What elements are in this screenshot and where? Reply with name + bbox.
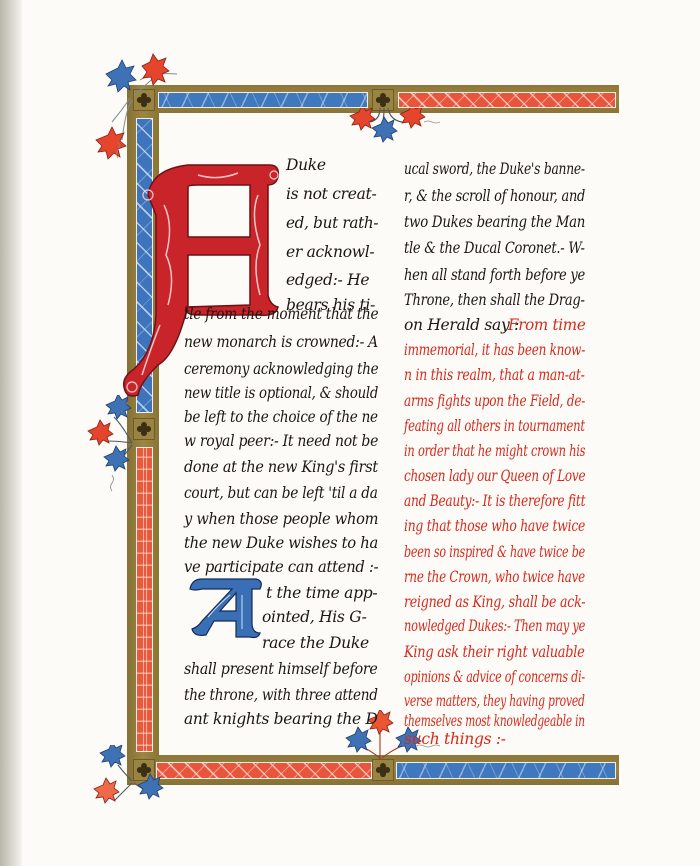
text-line: two Dukes bearing the Man bbox=[404, 213, 585, 231]
text-line: Throne, then shall the Drag- bbox=[404, 291, 585, 309]
text-line: the throne, with three attend bbox=[184, 686, 378, 704]
text-line: race the Duke bbox=[262, 634, 369, 652]
text-line-red: verse matters, they having proved bbox=[404, 692, 585, 710]
text-line-red: opinions & advice of concerns di- bbox=[404, 668, 585, 686]
text-line: r, & the scroll of honour, and bbox=[404, 187, 585, 205]
text-line: ucal sword, the Duke's banne- bbox=[404, 160, 585, 178]
text-line: ointed, His G- bbox=[262, 608, 367, 626]
text-line: the new Duke wishes to ha bbox=[184, 534, 378, 552]
text-line: new title is optional, & should bbox=[184, 384, 378, 402]
text-line-red: n in this realm, that a man-at- bbox=[404, 366, 585, 384]
text-line-red: and Beauty:- It is therefore fitt bbox=[404, 492, 585, 510]
text-line-red: arms fights upon the Field, de- bbox=[404, 392, 585, 410]
text-line: ve participate can attend :- bbox=[184, 558, 378, 576]
text-line-red: themselves most knowledgeable in bbox=[404, 712, 585, 730]
text-line: is not creat- bbox=[286, 185, 376, 203]
quatrefoil-icon bbox=[136, 421, 152, 437]
text-line: tle from the moment that the bbox=[184, 305, 378, 323]
quatrefoil-icon bbox=[375, 92, 391, 108]
text-line: y when those people whom bbox=[184, 510, 378, 528]
text-line: be left to the choice of the ne bbox=[184, 408, 378, 426]
text-line-red: such things :- bbox=[404, 730, 506, 748]
text-line: t the time app- bbox=[266, 584, 377, 602]
text-line: ed, but rath- bbox=[286, 214, 378, 232]
left-red-band bbox=[136, 447, 153, 752]
text-line: done at the new King's first bbox=[184, 458, 378, 476]
text-line-red: been so inspired & have twice be bbox=[404, 543, 585, 561]
quatrefoil-icon bbox=[375, 762, 391, 778]
text-line: ant knights bearing the D bbox=[184, 710, 378, 728]
illuminated-initial-blue-a bbox=[186, 575, 266, 640]
vine-leaves-top-center-icon bbox=[340, 108, 440, 150]
text-line: Duke bbox=[286, 156, 326, 174]
text-line: tle & the Ducal Coronet.- W- bbox=[404, 239, 585, 257]
quatrefoil-left-middle bbox=[133, 418, 155, 440]
text-line-red: nowledged Dukes:- Then may ye bbox=[404, 617, 585, 635]
page-edge-shadow bbox=[0, 0, 22, 866]
text-line: edged:- He bbox=[286, 271, 369, 289]
vine-leaves-bottom-left-icon bbox=[88, 745, 188, 817]
text-line: new monarch is crowned:- A bbox=[184, 333, 378, 351]
text-line-red: feating all others in tournament bbox=[404, 417, 585, 435]
text-line: ceremony acknowledging the bbox=[184, 360, 378, 378]
text-line: on Herald say : bbox=[404, 316, 519, 334]
text-line-red: ing that those who have twice bbox=[404, 517, 585, 535]
vine-leaves-left-middle-icon bbox=[84, 395, 134, 495]
quatrefoil-bottom-center bbox=[372, 759, 394, 781]
text-line: er acknowl- bbox=[286, 243, 374, 261]
vine-leaves-top-left-icon bbox=[82, 50, 192, 160]
text-line-red: King ask their right valuable bbox=[404, 643, 585, 661]
text-line-red: in order that he might crown his bbox=[404, 442, 585, 460]
text-line: w royal peer:- It need not be bbox=[184, 432, 378, 450]
text-line: shall present himself before bbox=[184, 660, 378, 678]
text-line-red: immemorial, it has been know- bbox=[404, 341, 585, 359]
text-line: hen all stand forth before ye bbox=[404, 266, 585, 284]
bottom-blue-band bbox=[396, 762, 616, 779]
top-red-band bbox=[398, 92, 616, 108]
bottom-red-band bbox=[156, 762, 372, 779]
text-line-red: chosen lady our Queen of Love bbox=[404, 467, 585, 485]
text-line: court, but can be left 'til a da bbox=[184, 484, 378, 502]
text-line-red: rne the Crown, who twice have bbox=[404, 568, 585, 586]
text-line-red: reigned as King, shall be ack- bbox=[404, 593, 585, 611]
text-line-red: From time bbox=[508, 316, 585, 334]
